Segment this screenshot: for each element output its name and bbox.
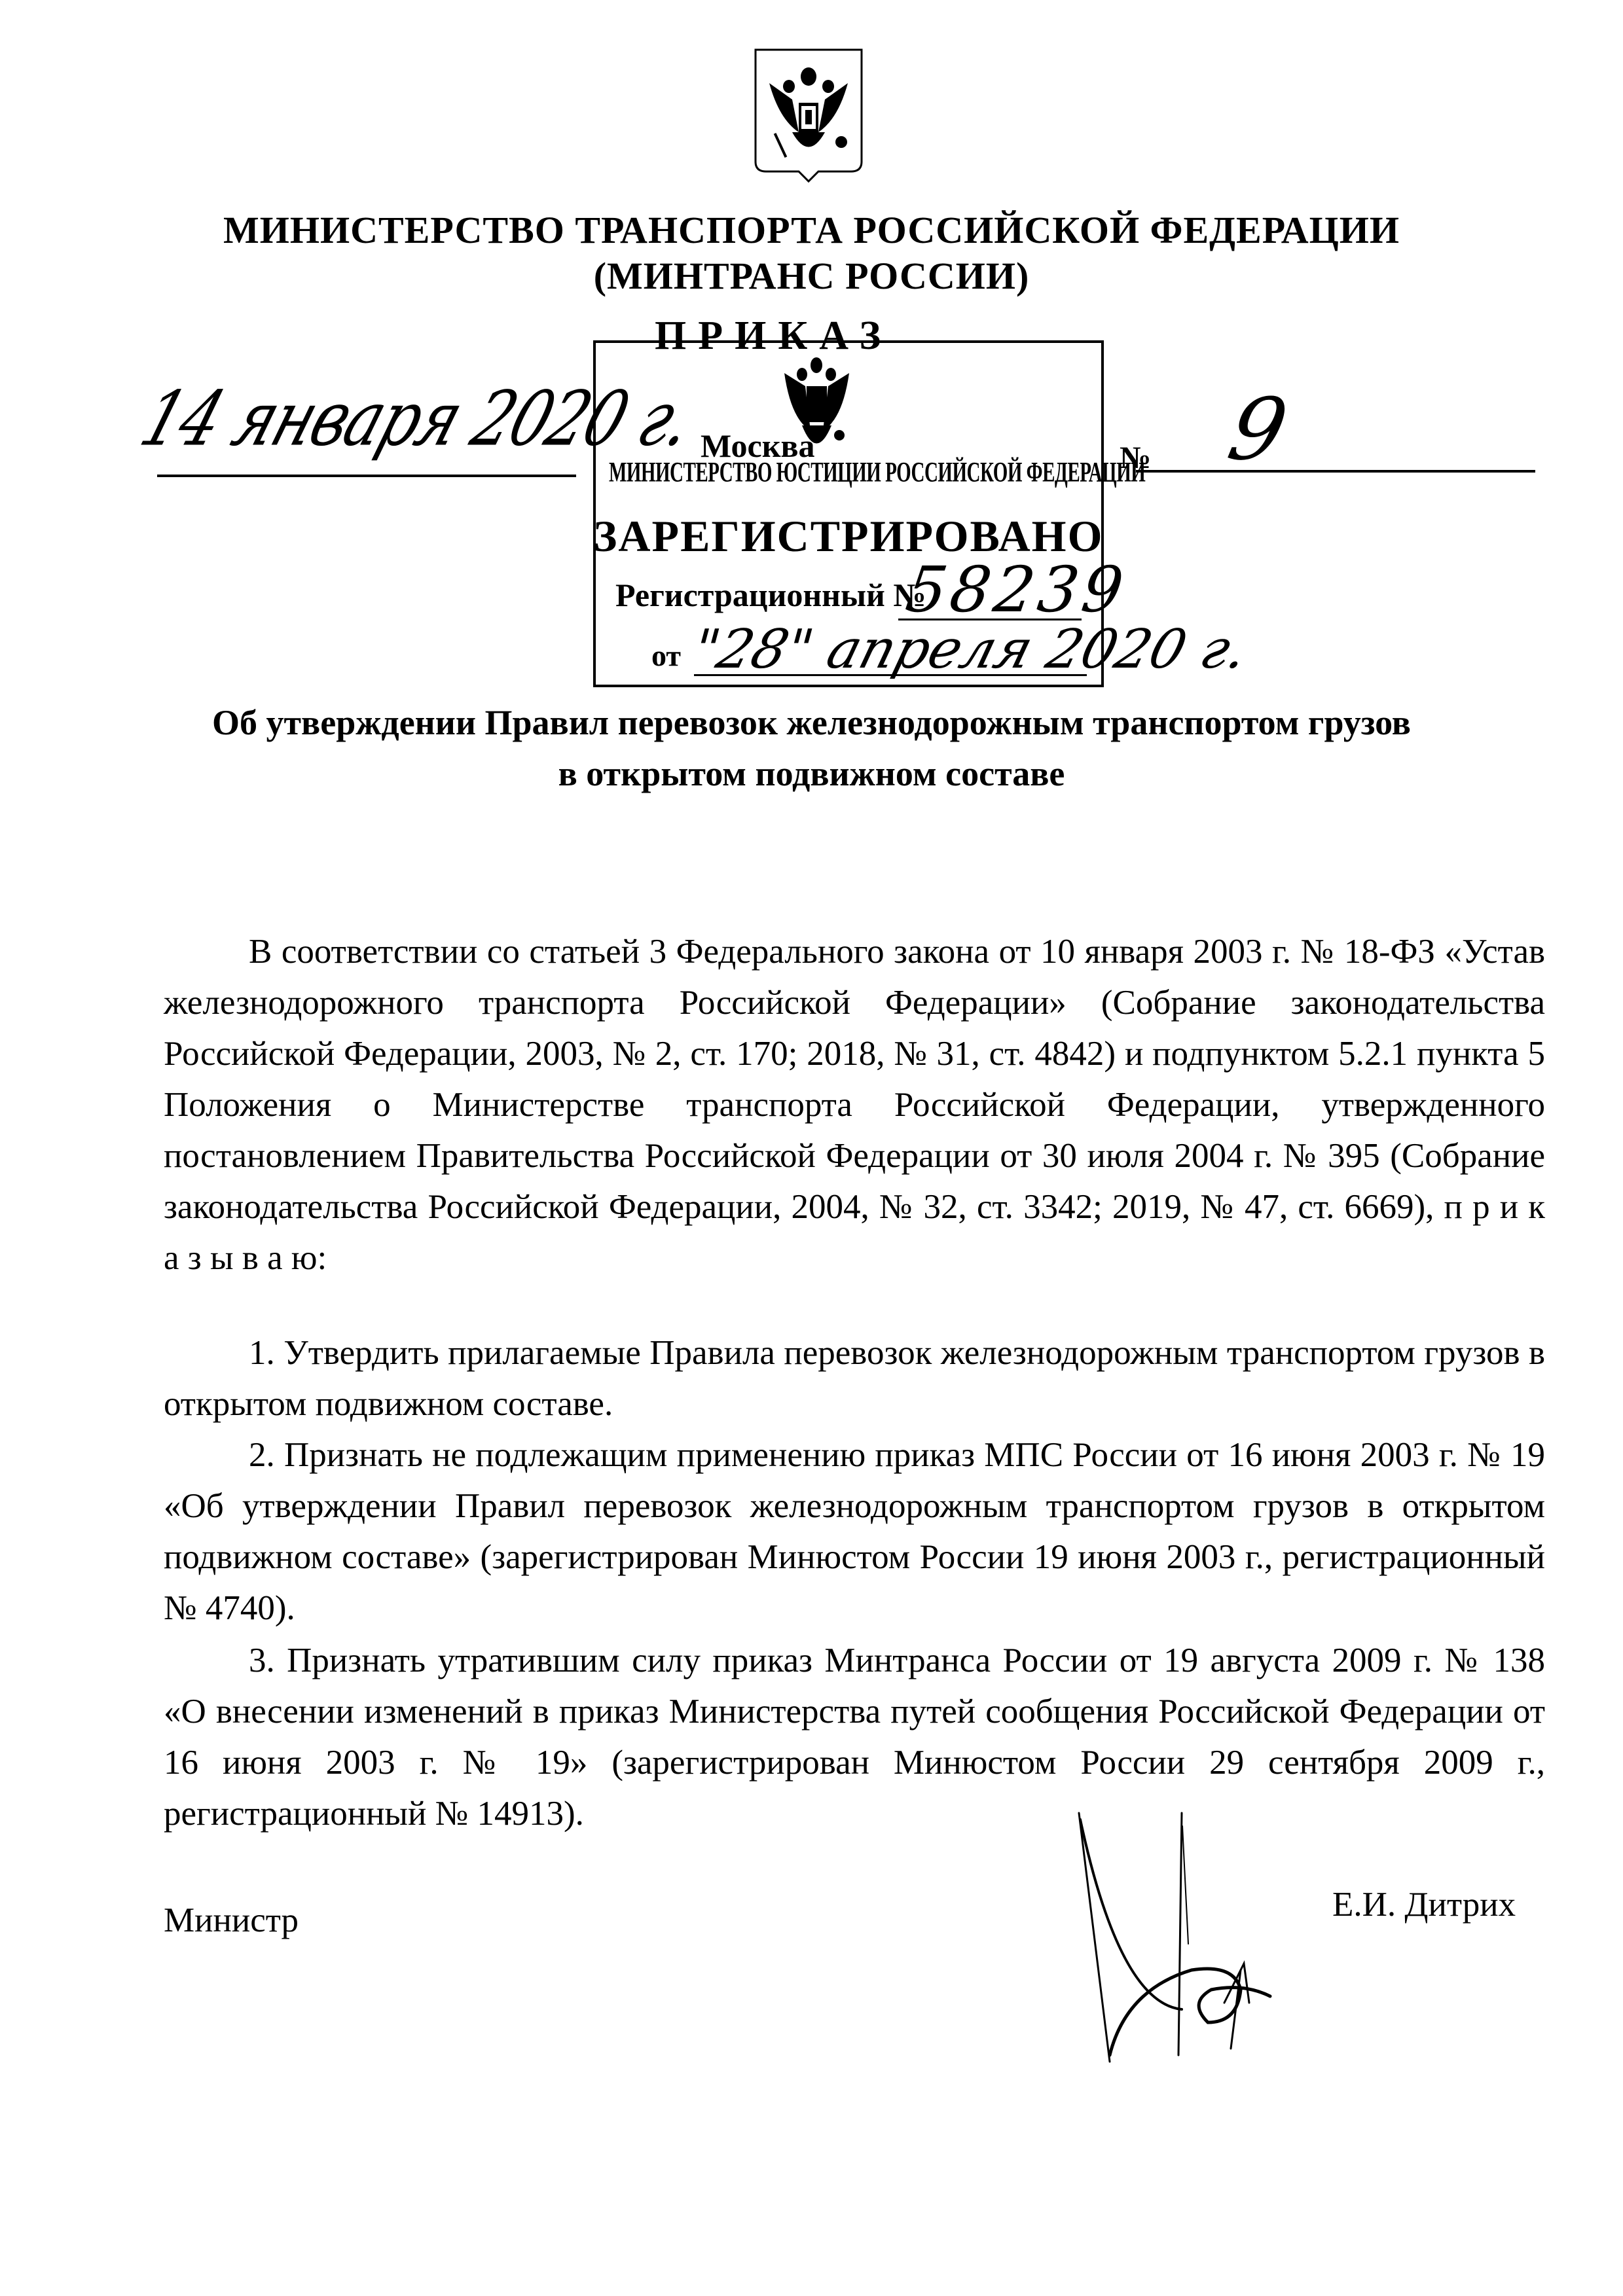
ministry-short-name: (МИНТРАНС РОССИИ) bbox=[0, 254, 1623, 298]
order-item-text: 3. Признать утратившим силу приказ Минтр… bbox=[164, 1641, 1545, 1833]
stamp-reg-label: Регистрационный № bbox=[615, 576, 926, 614]
document-title: Об утверждении Правил перевозок железнод… bbox=[0, 697, 1623, 799]
title-line-2: в открытом подвижном составе bbox=[0, 748, 1623, 799]
order-number: 9 bbox=[1220, 380, 1296, 479]
signer-name: Е.И. Дитрих bbox=[1332, 1885, 1516, 1924]
stamp-organization: МИНИСТЕРСТВО ЮСТИЦИИ РОССИЙСКОЙ ФЕДЕРАЦИ… bbox=[609, 457, 1093, 490]
stamp-date-underline bbox=[694, 674, 1087, 676]
stamp-date-prefix: от bbox=[651, 638, 681, 673]
order-item-text: 2. Признать не подлежащим применению при… bbox=[164, 1436, 1545, 1627]
handwritten-signature-icon bbox=[1074, 1806, 1368, 2081]
signer-role: Министр bbox=[164, 1901, 299, 1940]
title-line-1: Об утверждении Правил перевозок железнод… bbox=[0, 697, 1623, 748]
order-item-2: 2. Признать не подлежащим применению при… bbox=[164, 1429, 1545, 1634]
order-item-text: 1. Утвердить прилагаемые Правила перевоз… bbox=[164, 1334, 1545, 1423]
ministry-name: МИНИСТЕРСТВО ТРАНСПОРТА РОССИЙСКОЙ ФЕДЕР… bbox=[0, 208, 1623, 252]
coat-of-arms-icon bbox=[753, 47, 864, 185]
order-date: 14 января 2020 г. bbox=[131, 375, 703, 463]
preamble-text: В соответствии со статьей 3 Федерального… bbox=[164, 933, 1545, 1277]
date-underline bbox=[157, 475, 576, 477]
stamp-reg-number: 58239 bbox=[902, 553, 1131, 626]
number-underline bbox=[1136, 470, 1535, 473]
order-item-1: 1. Утвердить прилагаемые Правила перевоз… bbox=[164, 1327, 1545, 1429]
document-type: ПРИКАЗ bbox=[655, 313, 892, 359]
stamp-date: "28" апреля 2020 г. bbox=[685, 619, 1254, 681]
preamble-paragraph: В соответствии со статьей 3 Федерального… bbox=[164, 926, 1545, 1283]
